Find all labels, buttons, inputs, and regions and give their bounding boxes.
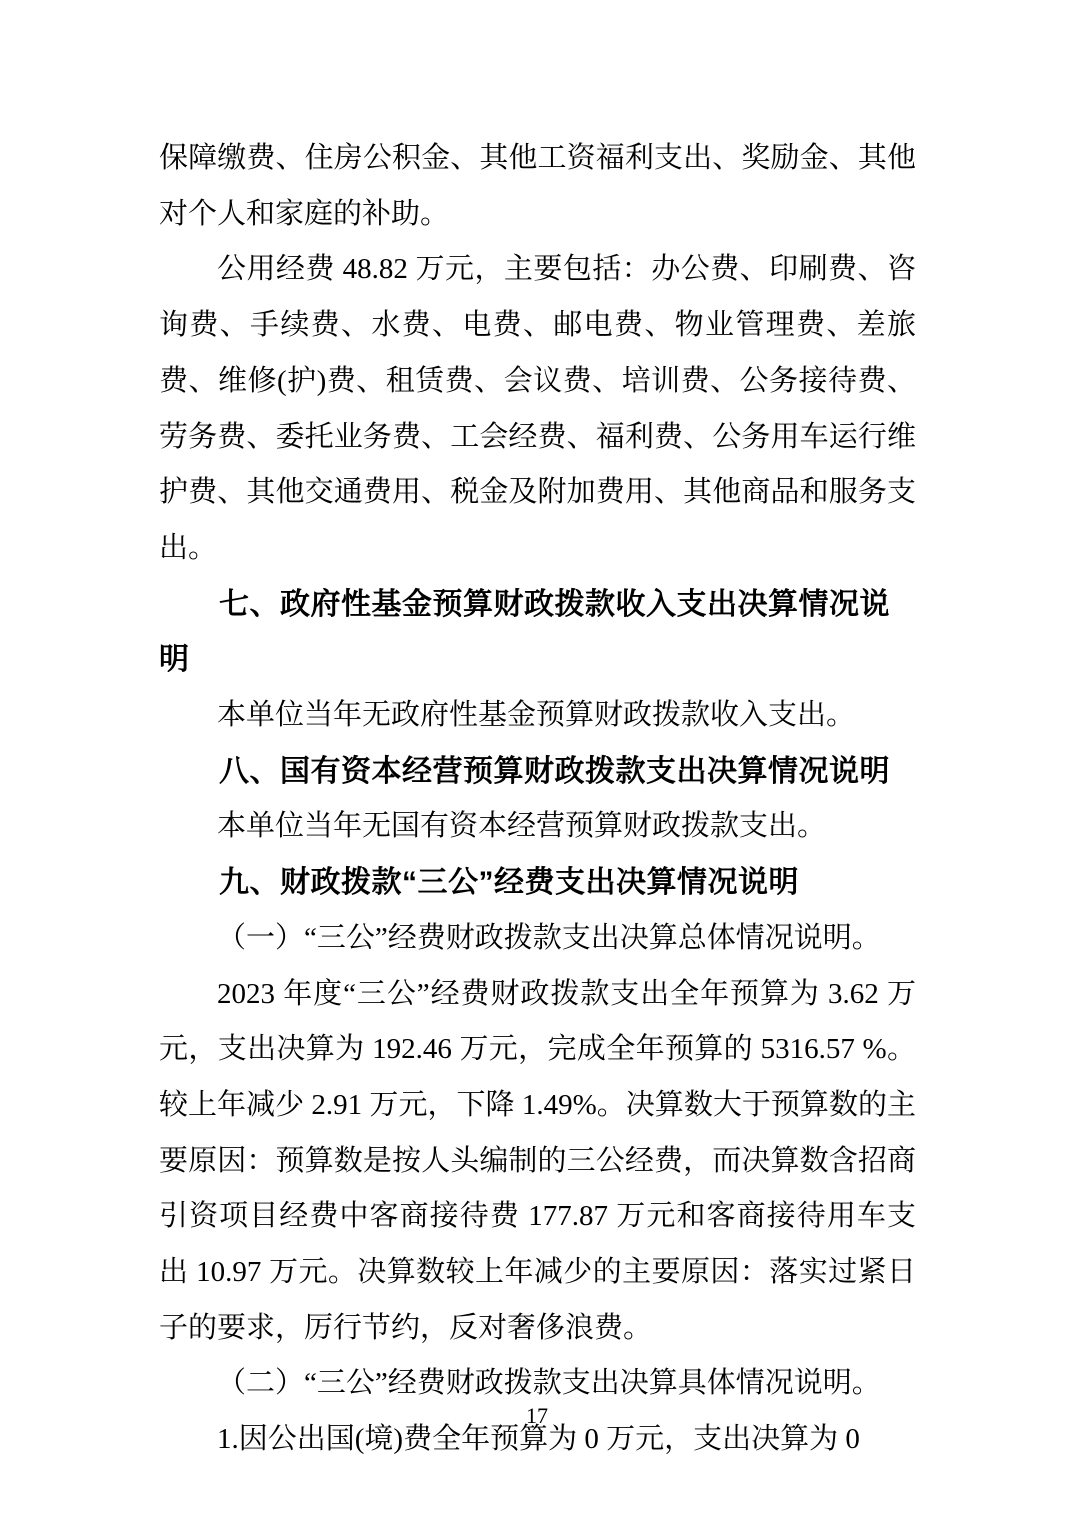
heading-section-eight-state-capital-budget: 八、国有资本经营预算财政拨款支出决算情况说明 (159, 744, 916, 800)
paragraph-no-state-capital-appropriation: 本单位当年无国有资本经营预算财政拨款支出。 (159, 799, 916, 855)
document-page: 保障缴费、住房公积金、其他工资福利支出、奖励金、其他对个人和家庭的补助。 公用经… (0, 0, 1074, 1520)
page-number: 17 (0, 1403, 1074, 1429)
heading-section-nine-three-public-expense: 九、财政拨款“三公”经费支出决算情况说明 (159, 855, 916, 911)
paragraph-three-public-overview-detail: 2023 年度“三公”经费财政拨款支出全年预算为 3.62 万元，支出决算为 1… (159, 967, 916, 1357)
page-body: 保障缴费、住房公积金、其他工资福利支出、奖励金、其他对个人和家庭的补助。 公用经… (159, 131, 916, 1468)
paragraph-public-operating-expense: 公用经费 48.82 万元，主要包括：办公费、印刷费、咨询费、手续费、水费、电费… (159, 242, 916, 576)
paragraph-welfare-items-continuation: 保障缴费、住房公积金、其他工资福利支出、奖励金、其他对个人和家庭的补助。 (159, 131, 916, 242)
heading-section-seven-govfund-budget: 七、政府性基金预算财政拨款收入支出决算情况说明 (159, 577, 916, 688)
paragraph-no-govfund-appropriation: 本单位当年无政府性基金预算财政拨款收入支出。 (159, 688, 916, 744)
paragraph-three-public-overview-title: （一）“三公”经费财政拨款支出决算总体情况说明。 (159, 911, 916, 967)
